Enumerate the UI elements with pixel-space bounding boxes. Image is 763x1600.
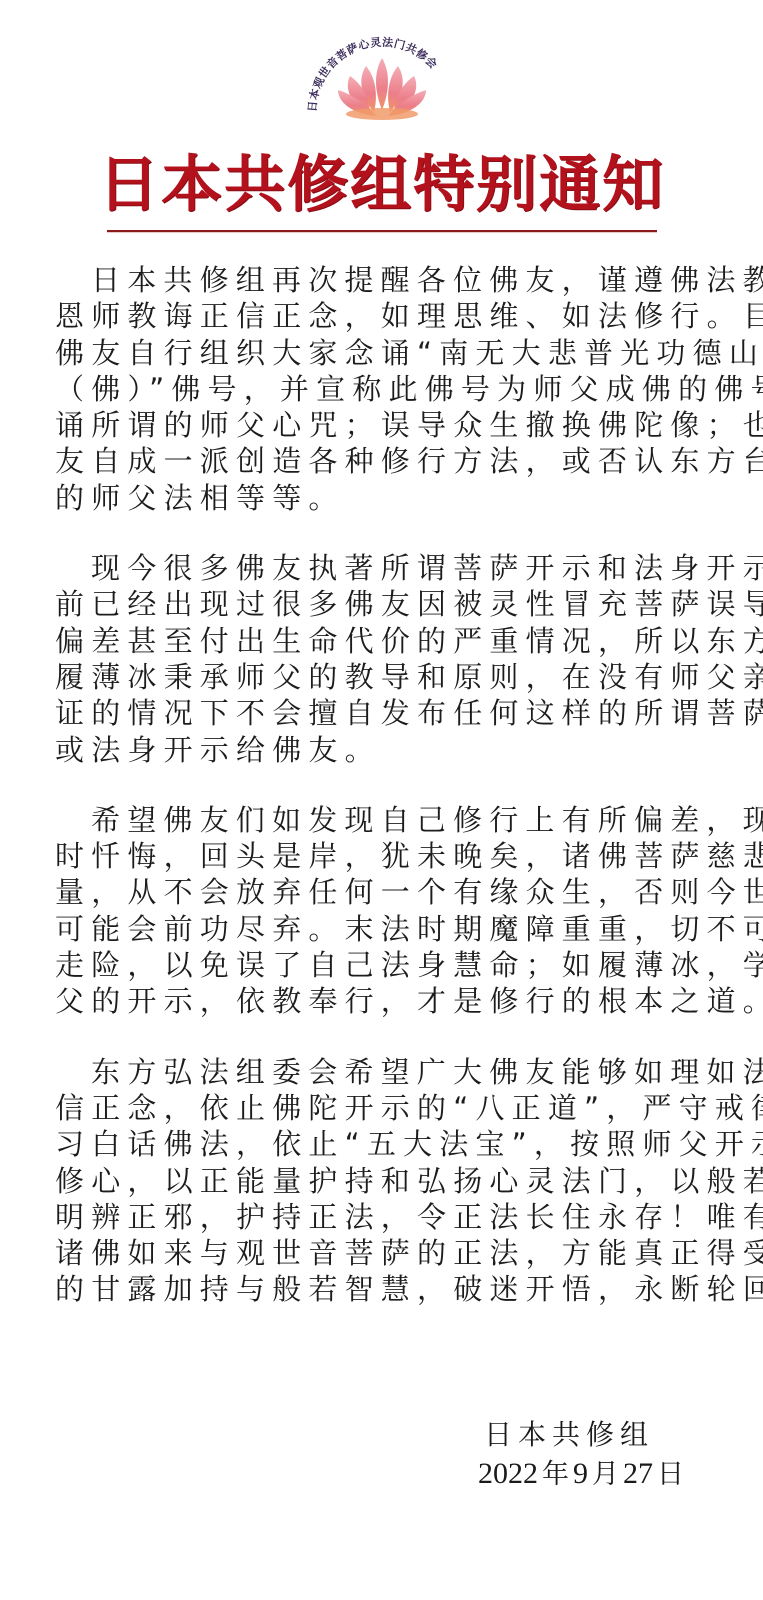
date-month-unit: 月 (592, 1459, 619, 1490)
page-title: 日本共修组特别通知 (0, 150, 763, 220)
date-year: 2022 (478, 1457, 538, 1490)
paragraph-1: 日本共修组再次提醒各位佛友，谨遵佛法教义和 恩师教诲正信正念，如理思维、如法修行… (55, 262, 709, 516)
text-line: 东方弘法组委会希望广大佛友能够如理如法，正 (55, 1054, 709, 1090)
lotus-icon: 日本观世音菩萨心灵法门共修会 (300, 10, 463, 130)
date-day-unit: 日 (657, 1459, 684, 1490)
text-line: 修心，以正能量护持和弘扬心灵法门，以般若智慧 (55, 1163, 709, 1199)
text-line: （佛）”佛号，并宣称此佛号为师父成佛的佛号；念 (55, 371, 709, 407)
text-line: 友自成一派创造各种修行方法，或否认东方台发布 (55, 443, 709, 479)
text-line: 量，从不会放弃任何一个有缘众生，否则今世修行 (55, 874, 709, 910)
text-line: 诸佛如来与观世音菩萨的正法，方能真正得受菩萨 (55, 1235, 709, 1271)
lotus-logo: 日本观世音菩萨心灵法门共修会 (300, 10, 463, 130)
text-line: 时忏悔，回头是岸，犹未晚矣，诸佛菩萨慈悲无 (55, 838, 709, 874)
text-line: 走险，以免误了自己法身慧命；如履薄冰，学习师 (55, 947, 709, 983)
text-line: 偏差甚至付出生命代价的严重情况，所以东方台如 (55, 623, 709, 659)
text-line: 的甘露加持与般若智慧，破迷开悟，永断轮回！ (55, 1271, 709, 1307)
signature-block: 日本共修组 2022年9月27日 (478, 1416, 728, 1495)
text-line: 明辨正邪，护持正法，令正法长住永存！唯有依止 (55, 1199, 709, 1235)
text-line: 诵所谓的师父心咒；误导众生撤换佛陀像；也有佛 (55, 407, 709, 443)
date-month: 9 (573, 1457, 588, 1490)
text-line: 证的情况下不会擅自发布任何这样的所谓菩萨开示 (55, 695, 709, 731)
date-day: 27 (623, 1457, 653, 1490)
date-year-unit: 年 (542, 1459, 569, 1490)
text-line: 父的开示，依教奉行，才是修行的根本之道。 (55, 983, 709, 1019)
text-line: 习白话佛法，依止“五大法宝”，按照师父开示学佛 (55, 1126, 709, 1162)
title-divider (107, 230, 657, 232)
text-line: 日本共修组再次提醒各位佛友，谨遵佛法教义和 (55, 262, 709, 298)
text-line: 希望佛友们如发现自己修行上有所偏差，现在及 (55, 802, 709, 838)
text-line: 现今很多佛友执著所谓菩萨开示和法身开示，此 (55, 550, 709, 586)
paragraph-2: 现今很多佛友执著所谓菩萨开示和法身开示，此 前已经出现过很多佛友因被灵性冒充菩萨… (55, 550, 709, 768)
text-line: 或法身开示给佛友。 (55, 732, 709, 768)
text-line: 的师父法相等等。 (55, 480, 709, 516)
notice-body: 日本共修组再次提醒各位佛友，谨遵佛法教义和 恩师教诲正信正念，如理思维、如法修行… (55, 262, 709, 1342)
paragraph-3: 希望佛友们如发现自己修行上有所偏差，现在及 时忏悔，回头是岸，犹未晚矣，诸佛菩萨… (55, 802, 709, 1020)
text-line: 可能会前功尽弃。末法时期魔障重重，切不可铤而 (55, 911, 709, 947)
text-line: 信正念，依止佛陀开示的“八正道”，严守戒律，学 (55, 1090, 709, 1126)
signature-organization: 日本共修组 (478, 1416, 728, 1454)
text-line: 佛友自行组织大家念诵“南无大悲普光功德山如来 (55, 335, 709, 371)
text-line: 前已经出现过很多佛友因被灵性冒充菩萨误导而出 (55, 586, 709, 622)
paragraph-4: 东方弘法组委会希望广大佛友能够如理如法，正 信正念，依止佛陀开示的“八正道”，严… (55, 1054, 709, 1308)
text-line: 恩师教诲正信正念，如理思维、如法修行。目前有 (55, 298, 709, 334)
signature-date: 2022年9月27日 (478, 1454, 728, 1495)
text-line: 履薄冰秉承师父的教导和原则，在没有师父亲自验 (55, 659, 709, 695)
